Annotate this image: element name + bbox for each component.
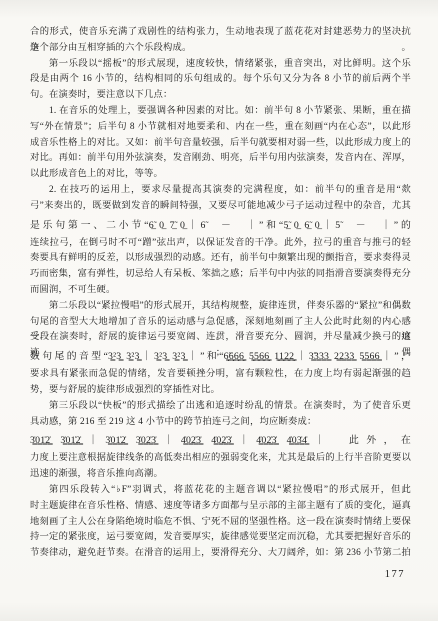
text-line: 弓”来奏出的，既要做到发音的瞬间特强，又要尽可能地减少弓子运动过程中的杂音，尤其 <box>30 199 411 215</box>
page-text: 合的形式，使音乐充满了戏剧性的结构张力，生动地表现了蓝花花对封建恶势力的坚决抗争… <box>30 25 411 562</box>
text-line: 对比。再如：前半句用外弦演奏，发音刚劲、明亮，后半句用内弦演奏，发音内在、浑厚， <box>30 151 411 167</box>
text-line: 句尾的音型大大地增加了音乐的运动感与急促感，深刻地刻画了主人公此时此刻的内心感受… <box>30 315 411 331</box>
music-notation-line: 是乐句第一、二小节“6̲̃ 0̲ 7̲̃ 0̲｜6̃ － ｜”和“5̲̃ 0̲ … <box>30 215 411 236</box>
text-line: 一段在演奏时，舒展的旋律运弓要宽阔、连贯，滑音要充分、圆润，并尽量减少换弓的痕迹… <box>30 330 411 346</box>
text-line: 成音乐性格上的对比。又如：前半句音量较强，后半句就要相对弱一些，以此形成力度上的 <box>30 136 411 152</box>
text-line: 第四乐段转入“♭F”羽调式，将蓝花花的主题音调以“紧拉慢唱”的形式展开，但此 <box>30 483 411 499</box>
text-line: 奏要具有鲜明的反差，以形成强烈的动感。还有，前半句中频繁出现的颤指音，要求奏得灵 <box>30 251 411 267</box>
text-line: 持一定的紧张度，运弓要宽阔，发音要厚实，旋律感觉要坚定而沉稳，尤其要把握好音乐的 <box>30 530 411 546</box>
text-line: 地刻画了主人公在身陷绝境时临危不惧、宁死不屈的坚强性格。这一段在演奏时情绪上要保 <box>30 515 411 531</box>
text-line: 段是由两个 16 小节的，结构相同的乐句组成的。每个乐句又分为各 8 小节的前后… <box>30 72 411 88</box>
text-line: 合的形式，使音乐充满了戏剧性的结构张力，生动地表现了蓝花花对封建恶势力的坚决抗争… <box>30 25 411 41</box>
text-line: 迅速的渐强，将音乐推向高潮。 <box>30 467 411 483</box>
text-line: 巧而密集，富有弹性，切忌给人有呆板、笨拙之感；后半句中内弦的同指滑音要演奏得充分 <box>30 267 411 283</box>
music-notation-line: 数句尾的音型“3̳²3̳ 3̳²3̳｜3̳²3̳ 3̳²3̳｜”和“6̳̣̃6̳… <box>30 346 411 367</box>
text-line: 以此形成音色上的对比，等等。 <box>30 167 411 183</box>
text-line: 而圆润，不可生硬。 <box>30 283 411 299</box>
text-line: 力度上要注意根据旋律线条的高低奏出相应的强弱变化来，尤其是最后的上行半音阶更要以 <box>30 451 411 467</box>
text-line: 时主题旋律在音乐性格、情感、速度等诸多方面都与呈示部的主部主题有了质的变化，逼真 <box>30 499 411 515</box>
text-line: 2. 在技巧的运用上，要求尽量提高其演奏的完满程度，如：前半句的重音是用“欻 <box>30 183 411 199</box>
music-notation-line: 3̳̇0̳1̳̇2̳̇ 3̳̇0̳1̳̇2̳̇｜3̳̇0̳1̳̇2̳̇ 3̳̇0… <box>30 430 411 451</box>
page-number: 177 <box>385 569 405 580</box>
text-line: 连续拉弓，在倒弓时不可“蹭”弦出声，以保证发音的干净。此外，拉弓的重音与推弓的轻 <box>30 236 411 252</box>
text-line: 节奏律动，避免赶节奏。在滑音的运用上，要滑得充分、大刀阔斧，如：第 236 小节… <box>30 546 411 562</box>
text-line: 具动感，第 216 至 219 这 4 小节中的跨节拍连弓之间，均应断奏成： <box>30 415 411 431</box>
text-line: 第三乐段以“快板”的形式描绘了出逃和追逐时纷乱的情景。在演奏时，为了使音乐更 <box>30 399 411 415</box>
text-line: 1. 在音乐的处理上，要强调各种因素的对比。如：前半句 8 小节紧张、果断，重在… <box>30 104 411 120</box>
text-line: 第二乐段以“紧拉慢唱”的形式展开，其结构规整，旋律连贯，伴奏乐器的“紧拉”和偶数 <box>30 299 411 315</box>
text-line: 要求具有紧张而急促的情绪，发音要顿挫分明，富有颗粒性，在力度上均有弱起渐强的趋 <box>30 367 411 383</box>
text-line: 第一乐段以“摇板”的形式展现，速度较快，情绪紧张，重音突出，对比鲜明。这个乐 <box>30 57 411 73</box>
text-line: 写“外在情景”；后半句 8 小节就相对地要柔和、内在一些，重在刻画“内在心态”，… <box>30 120 411 136</box>
text-line: 势，要与舒展的旋律形成强烈的穿插性对比。 <box>30 383 411 399</box>
book-page: 合的形式，使音乐充满了戏剧性的结构张力，生动地表现了蓝花花对封建恶势力的坚决抗争… <box>0 0 438 621</box>
text-line: 句。在演奏时，要注意以下几点： <box>30 88 411 104</box>
